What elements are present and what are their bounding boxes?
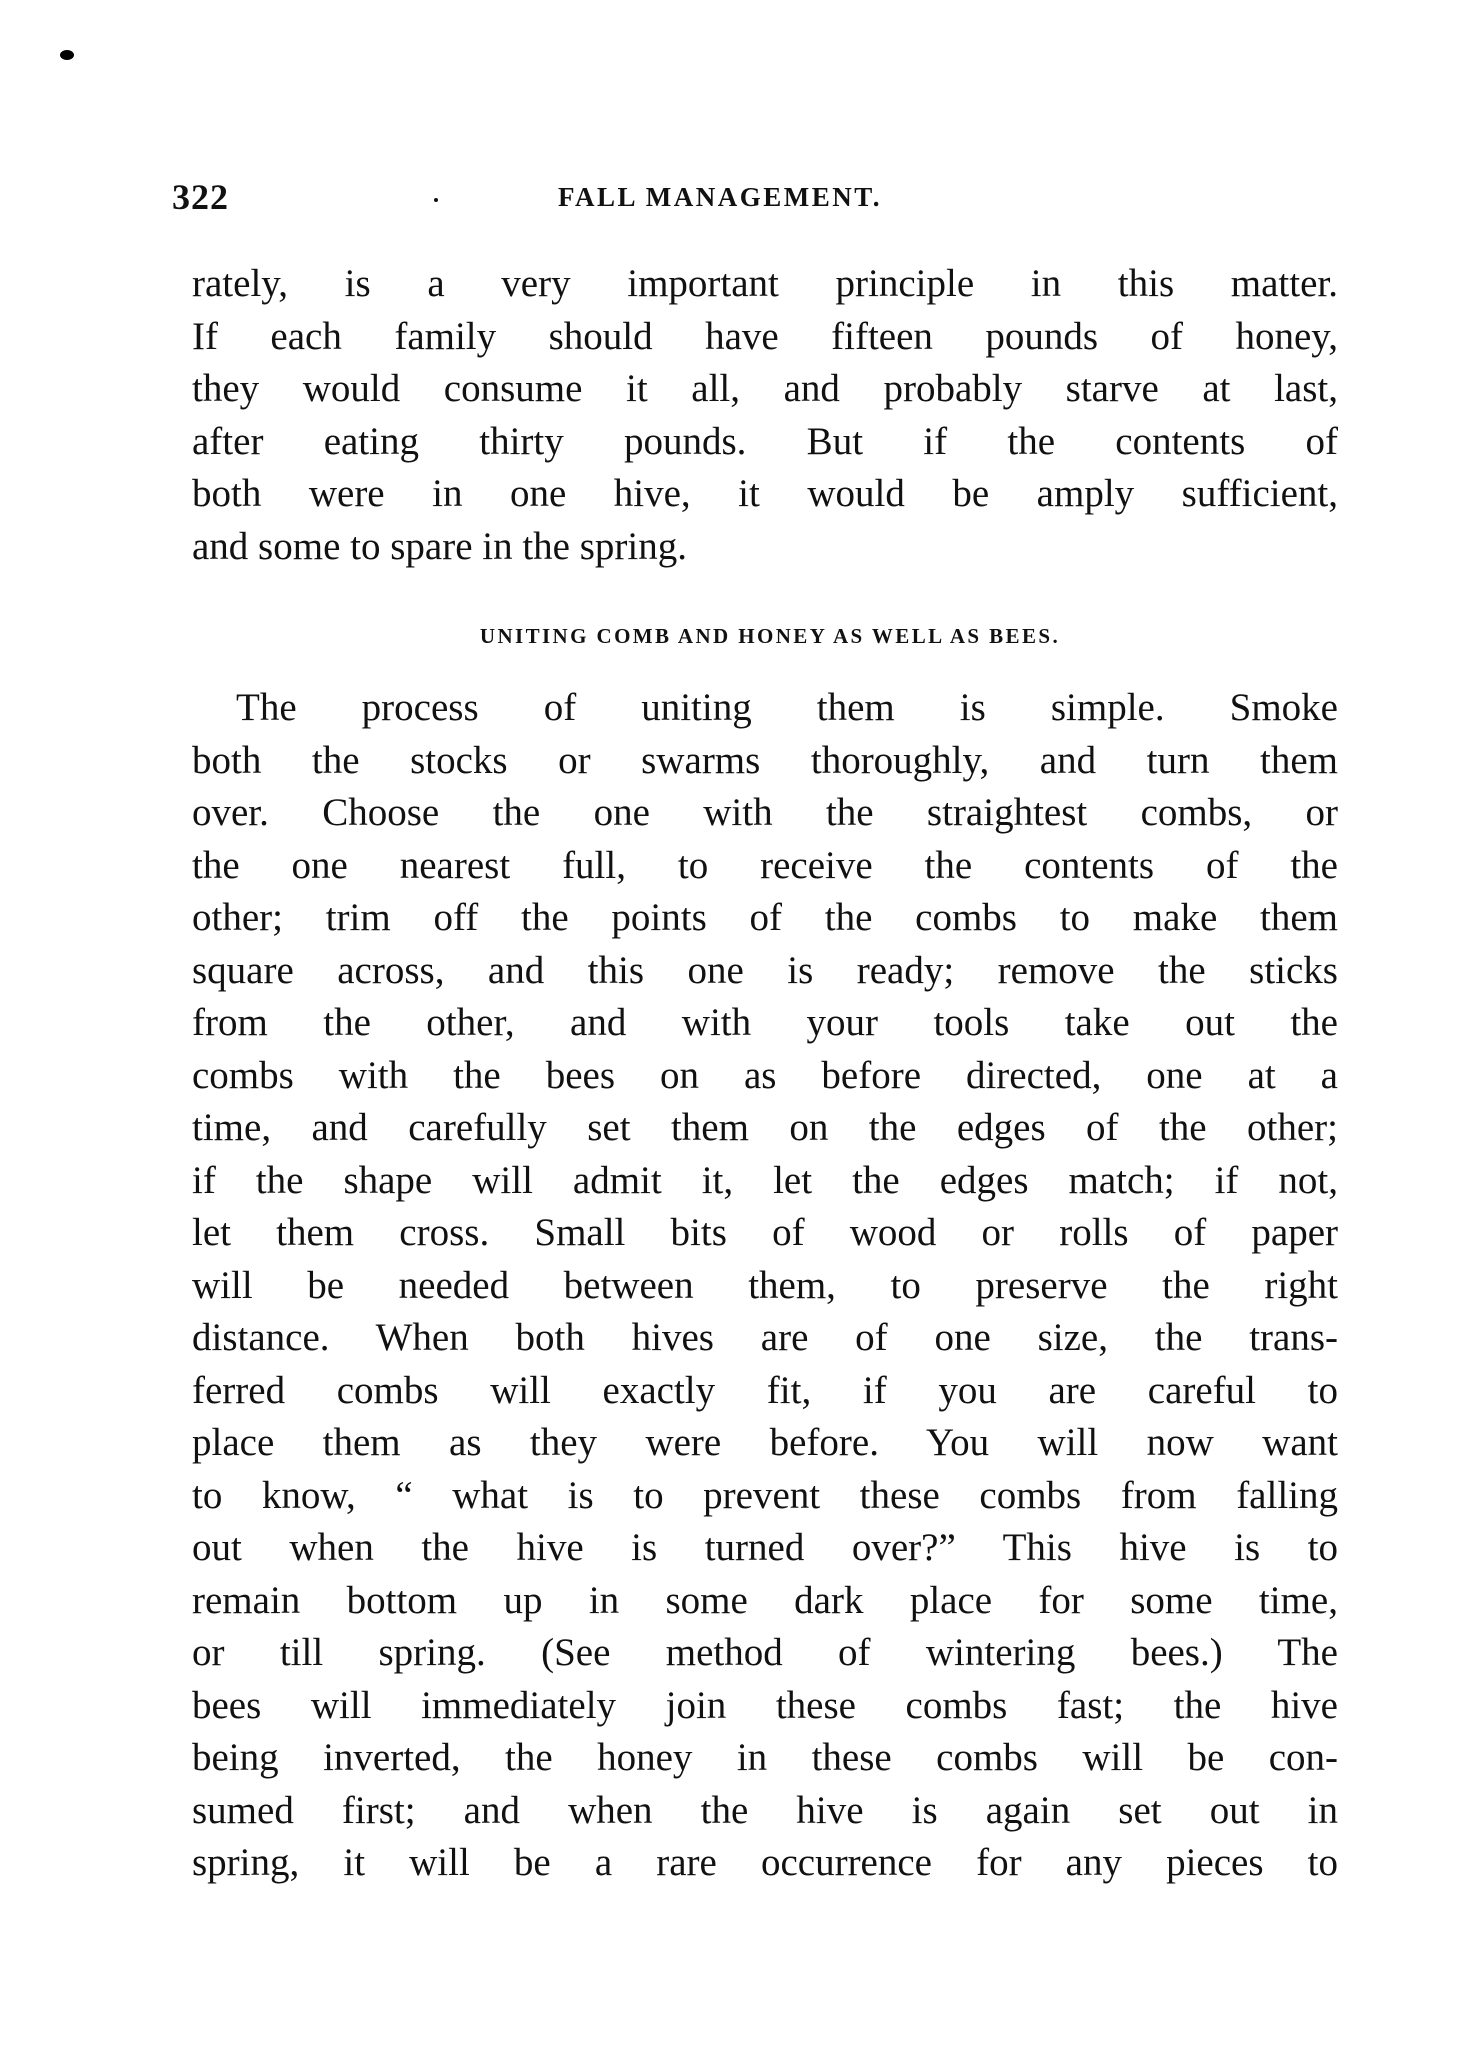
page-number: 322 (172, 176, 229, 218)
text-line: time, and carefully set them on the edge… (192, 1102, 1338, 1155)
text-line: if the shape will admit it, let the edge… (192, 1155, 1338, 1208)
text-line: after eating thirty pounds. But if the c… (192, 416, 1338, 469)
text-line: other; trim off the points of the combs … (192, 892, 1338, 945)
head-dot (434, 198, 438, 202)
text-line: both the stocks or swarms thoroughly, an… (192, 735, 1338, 788)
ink-blot (60, 50, 74, 60)
text-line: they would consume it all, and probably … (192, 363, 1338, 416)
text-line: sumed first; and when the hive is again … (192, 1785, 1338, 1838)
text-line: to know, “ what is to prevent these comb… (192, 1470, 1338, 1523)
book-page: 322 FALL MANAGEMENT. rately, is a very i… (0, 0, 1463, 2070)
text-line: remain bottom up in some dark place for … (192, 1575, 1338, 1628)
text-line: and some to spare in the spring. (192, 521, 1338, 574)
text-line: let them cross. Small bits of wood or ro… (192, 1207, 1338, 1260)
text-line: ferred combs will exactly fit, if you ar… (192, 1365, 1338, 1418)
chapter-title: FALL MANAGEMENT. (558, 182, 882, 213)
text-line: over. Choose the one with the straightes… (192, 787, 1338, 840)
paragraph-continued: rately, is a very important principle in… (192, 258, 1338, 573)
text-line: bees will immediately join these combs f… (192, 1680, 1338, 1733)
text-line: will be needed between them, to preserve… (192, 1260, 1338, 1313)
text-line: If each family should have fifteen pound… (192, 311, 1338, 364)
paragraph-uniting: The process of uniting them is simple. S… (192, 682, 1338, 1890)
running-head: 322 FALL MANAGEMENT. (172, 176, 1342, 226)
text-line: The process of uniting them is simple. S… (192, 682, 1338, 735)
text-line: or till spring. (See method of wintering… (192, 1627, 1338, 1680)
text-line: being inverted, the honey in these combs… (192, 1732, 1338, 1785)
text-line: out when the hive is turned over?” This … (192, 1522, 1338, 1575)
text-line: rately, is a very important principle in… (192, 258, 1338, 311)
text-line: combs with the bees on as before directe… (192, 1050, 1338, 1103)
text-line: place them as they were before. You will… (192, 1417, 1338, 1470)
text-line: distance. When both hives are of one siz… (192, 1312, 1338, 1365)
text-line: square across, and this one is ready; re… (192, 945, 1338, 998)
text-line: spring, it will be a rare occurrence for… (192, 1837, 1338, 1890)
section-subheading: UNITING COMB AND HONEY AS WELL AS BEES. (360, 624, 1180, 649)
text-line: the one nearest full, to receive the con… (192, 840, 1338, 893)
text-line: from the other, and with your tools take… (192, 997, 1338, 1050)
text-line: both were in one hive, it would be amply… (192, 468, 1338, 521)
